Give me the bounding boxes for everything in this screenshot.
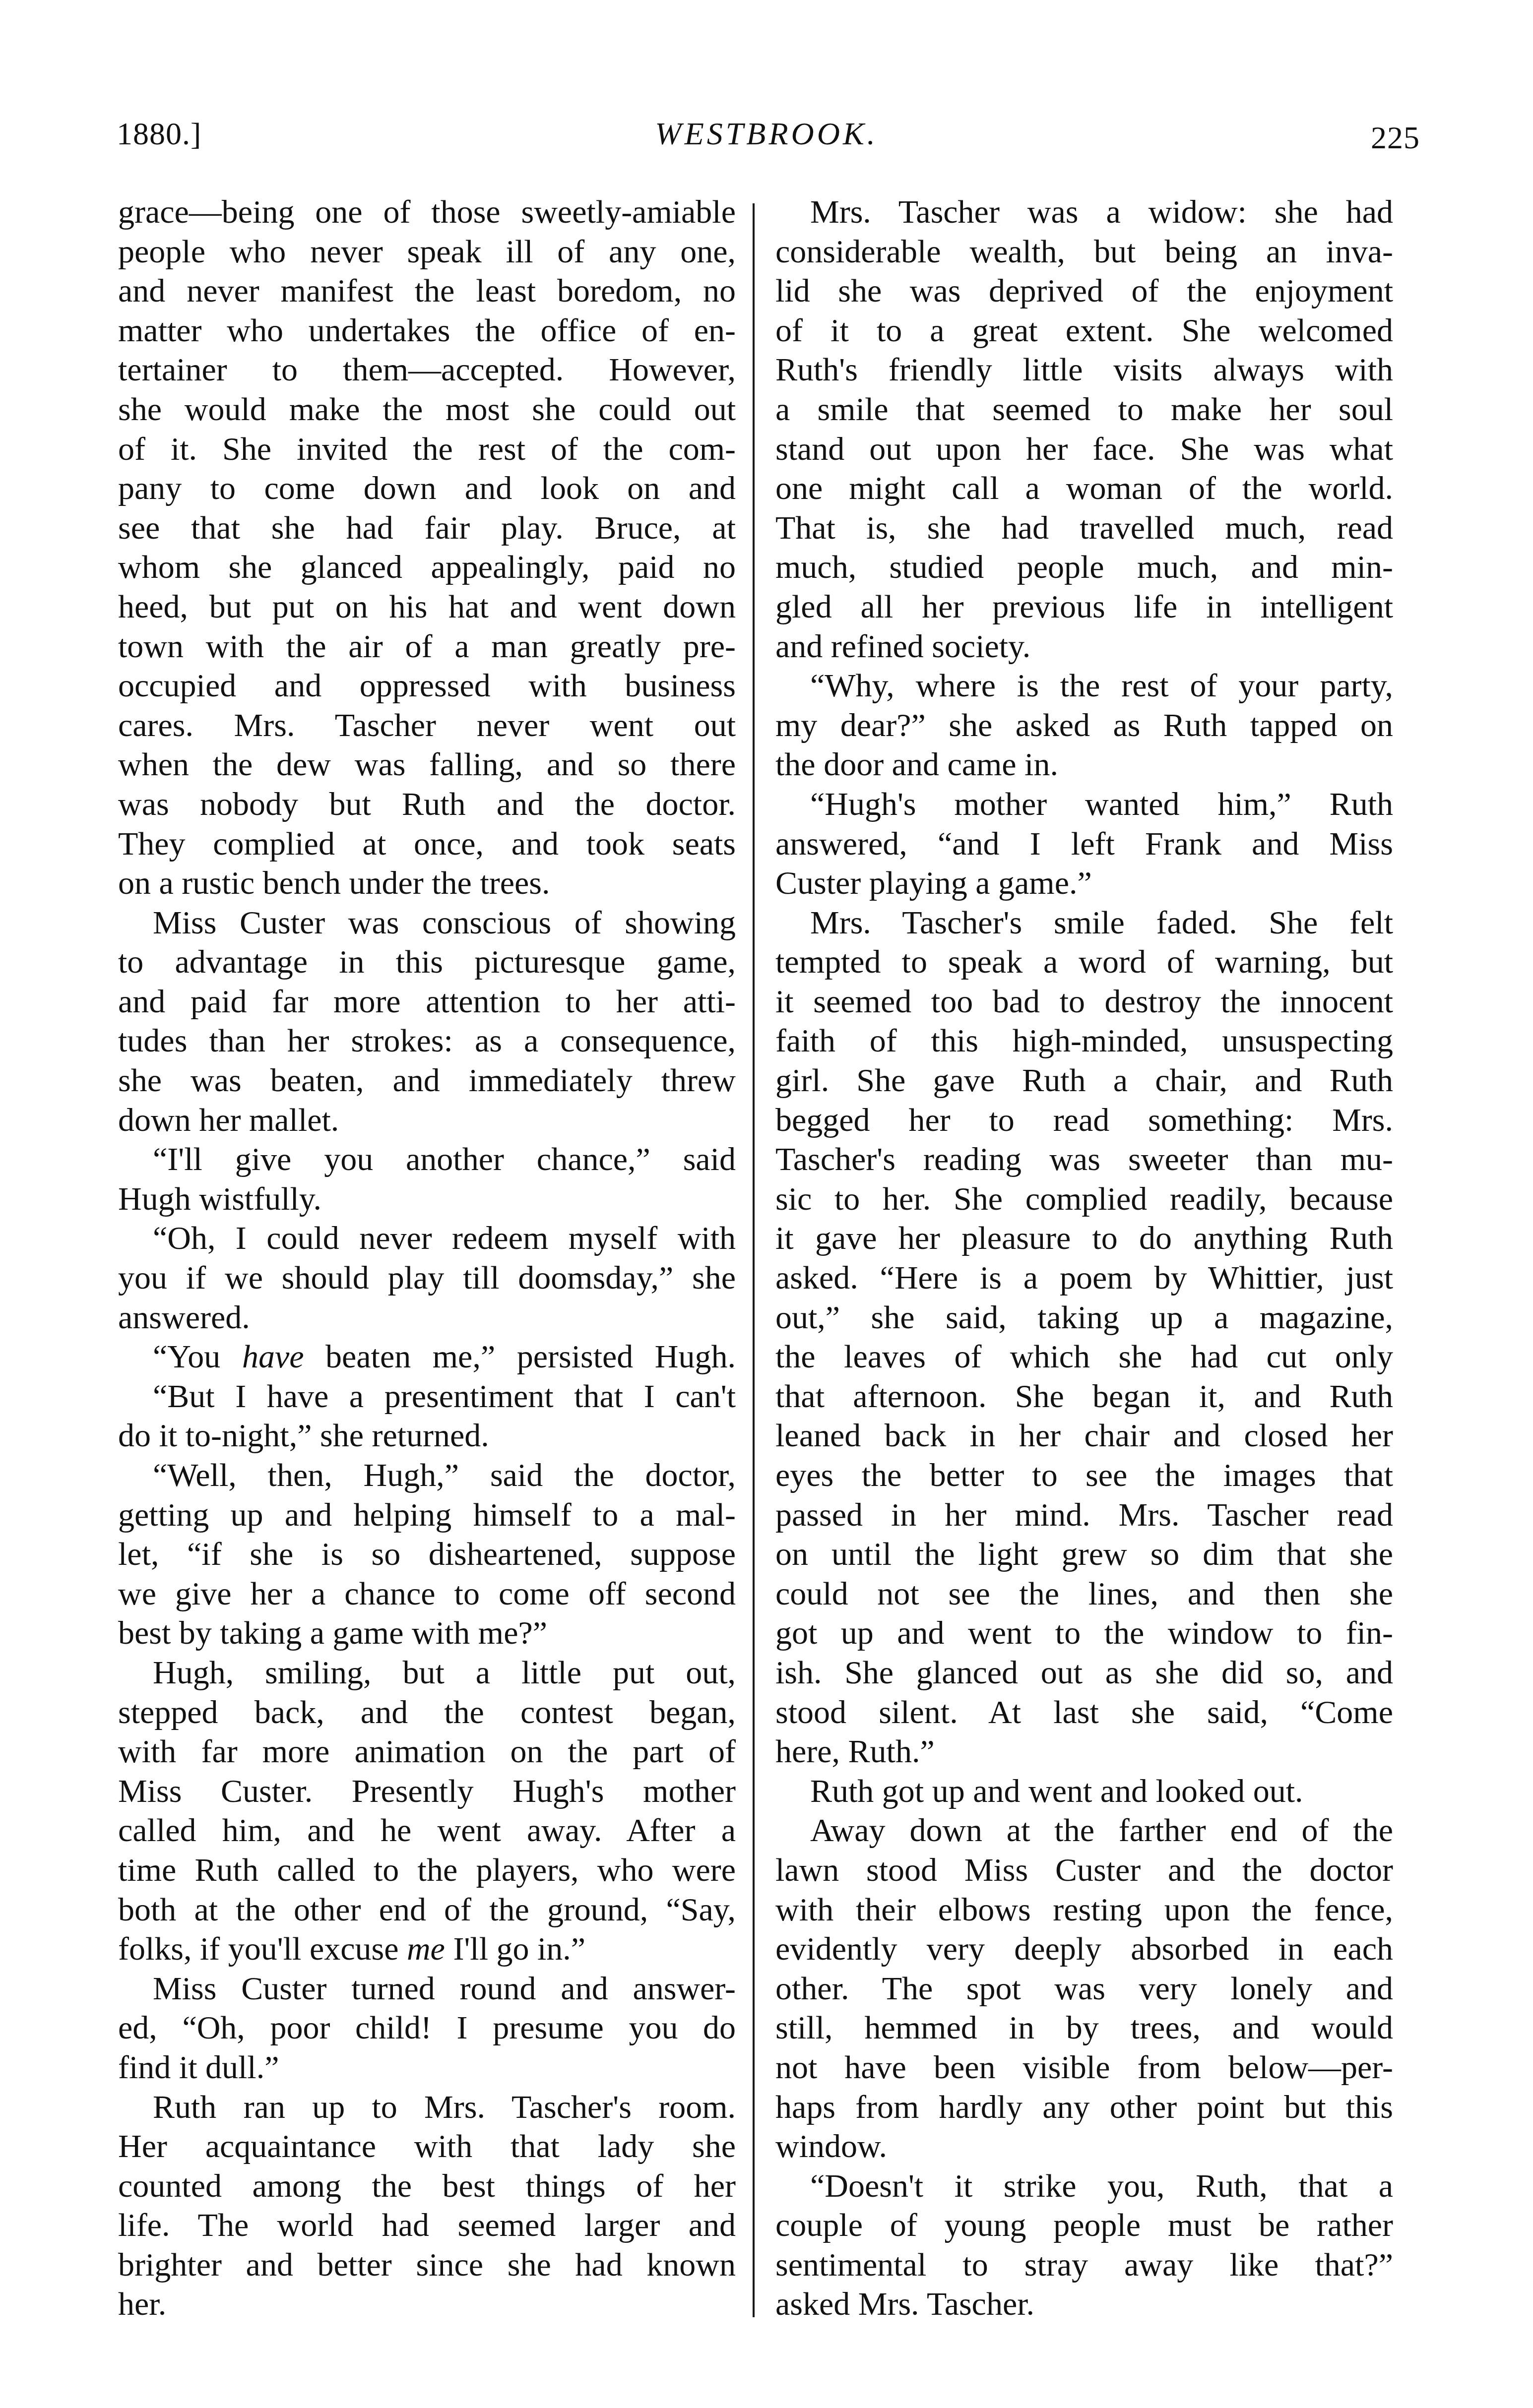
text-line: time Ruth called to the players, who wer… bbox=[118, 1851, 736, 1890]
text-line: called him, and he went away. After a bbox=[118, 1811, 736, 1851]
text-line: on until the light grew so dim that she bbox=[775, 1535, 1393, 1574]
text-line: a smile that seemed to make her soul bbox=[775, 390, 1393, 430]
text-line: girl. She gave Ruth a chair, and Ruth bbox=[775, 1061, 1393, 1101]
right-column: Mrs. Tascher was a widow: she hadconside… bbox=[775, 192, 1393, 2324]
text-line: her. bbox=[118, 2285, 736, 2324]
text-line: tertainer to them—accepted. However, bbox=[118, 350, 736, 390]
text-line: answered. bbox=[118, 1298, 736, 1338]
text-line: “I'll give you another chance,” said bbox=[118, 1140, 736, 1179]
text-line: pany to come down and look on and bbox=[118, 469, 736, 508]
text-line: ed, “Oh, poor child! I presume you do bbox=[118, 2008, 736, 2048]
text-line: window. bbox=[775, 2127, 1393, 2166]
text-line: That is, she had travelled much, read bbox=[775, 508, 1393, 548]
column-divider bbox=[753, 203, 755, 2317]
text-line: Miss Custer was conscious of showing bbox=[118, 903, 736, 943]
text-line: tudes than her strokes: as a consequence… bbox=[118, 1021, 736, 1061]
text-line: she would make the most she could out bbox=[118, 390, 736, 430]
text-line: could not see the lines, and then she bbox=[775, 1574, 1393, 1614]
text-line: and paid far more attention to her atti- bbox=[118, 982, 736, 1022]
text-line: best by taking a game with me?” bbox=[118, 1613, 736, 1653]
text-line: lid she was deprived of the enjoyment bbox=[775, 271, 1393, 311]
text-line: whom she glanced appealingly, paid no bbox=[118, 548, 736, 587]
text-line: it seemed too bad to destroy the innocen… bbox=[775, 982, 1393, 1022]
text-line: with far more animation on the part of bbox=[118, 1732, 736, 1772]
left-column: grace—being one of those sweetly-amiable… bbox=[118, 192, 736, 2324]
text-line: my dear?” she asked as Ruth tapped on bbox=[775, 706, 1393, 745]
text-line: stepped back, and the contest began, bbox=[118, 1693, 736, 1732]
text-line: getting up and helping himself to a mal- bbox=[118, 1495, 736, 1535]
text-line: the door and came in. bbox=[775, 745, 1393, 785]
text-line: asked Mrs. Tascher. bbox=[775, 2285, 1393, 2324]
text-line: Custer playing a game.” bbox=[775, 864, 1393, 903]
text-line: on a rustic bench under the trees. bbox=[118, 864, 736, 903]
text-line: matter who undertakes the office of en- bbox=[118, 311, 736, 351]
text-line: here, Ruth.” bbox=[775, 1732, 1393, 1772]
text-line: one might call a woman of the world. bbox=[775, 469, 1393, 508]
text-line: was nobody but Ruth and the doctor. bbox=[118, 785, 736, 824]
text-line: life. The world had seemed larger and bbox=[118, 2206, 736, 2245]
text-line: occupied and oppressed with business bbox=[118, 666, 736, 706]
text-line: and never manifest the least boredom, no bbox=[118, 271, 736, 311]
text-line: couple of young people must be rather bbox=[775, 2206, 1393, 2245]
text-line: “Hugh's mother wanted him,” Ruth bbox=[775, 785, 1393, 824]
text-line: not have been visible from below—per- bbox=[775, 2048, 1393, 2088]
text-line: haps from hardly any other point but thi… bbox=[775, 2088, 1393, 2127]
text-line: stood silent. At last she said, “Come bbox=[775, 1693, 1393, 1732]
text-line: “Why, where is the rest of your party, bbox=[775, 666, 1393, 706]
text-line: down her mallet. bbox=[118, 1101, 736, 1140]
text-line: “But I have a presentiment that I can't bbox=[118, 1377, 736, 1417]
running-head-title: WESTBROOK. bbox=[0, 116, 1533, 152]
text-line: “Doesn't it strike you, Ruth, that a bbox=[775, 2166, 1393, 2206]
text-line: grace—being one of those sweetly-amiable bbox=[118, 192, 736, 232]
text-line: leaned back in her chair and closed her bbox=[775, 1416, 1393, 1456]
text-line: that afternoon. She began it, and Ruth bbox=[775, 1377, 1393, 1417]
text-line: other. The spot was very lonely and bbox=[775, 1969, 1393, 2009]
text-line: Away down at the farther end of the bbox=[775, 1811, 1393, 1851]
text-line: faith of this high-minded, unsuspecting bbox=[775, 1021, 1393, 1061]
running-head: 1880.] WESTBROOK. 225 bbox=[0, 107, 1533, 161]
text-line: with their elbows resting upon the fence… bbox=[775, 1890, 1393, 1930]
text-line: Ruth's friendly little visits always wit… bbox=[775, 350, 1393, 390]
text-line: counted among the best things of her bbox=[118, 2166, 736, 2206]
text-line: got up and went to the window to fin- bbox=[775, 1613, 1393, 1653]
text-line: see that she had fair play. Bruce, at bbox=[118, 508, 736, 548]
text-line: “Oh, I could never redeem myself with bbox=[118, 1219, 736, 1258]
text-line: cares. Mrs. Tascher never went out bbox=[118, 706, 736, 745]
text-line: Ruth ran up to Mrs. Tascher's room. bbox=[118, 2088, 736, 2127]
text-line: folks, if you'll excuse me I'll go in.” bbox=[118, 1929, 736, 1969]
text-line: asked. “Here is a poem by Whittier, just bbox=[775, 1258, 1393, 1298]
text-line: Ruth got up and went and looked out. bbox=[775, 1772, 1393, 1811]
text-line: answered, “and I left Frank and Miss bbox=[775, 824, 1393, 864]
text-line: Miss Custer. Presently Hugh's mother bbox=[118, 1772, 736, 1811]
text-line: tempted to speak a word of warning, but bbox=[775, 942, 1393, 982]
text-line: Miss Custer turned round and answer- bbox=[118, 1969, 736, 2009]
text-line: “You have beaten me,” persisted Hugh. bbox=[118, 1337, 736, 1377]
text-line: Tascher's reading was sweeter than mu- bbox=[775, 1140, 1393, 1179]
text-line: of it. She invited the rest of the com- bbox=[118, 430, 736, 469]
text-line: lawn stood Miss Custer and the doctor bbox=[775, 1851, 1393, 1890]
text-line: sic to her. She complied readily, becaus… bbox=[775, 1179, 1393, 1219]
text-line: and refined society. bbox=[775, 627, 1393, 667]
text-line: brighter and better since she had known bbox=[118, 2245, 736, 2285]
text-line: Hugh wistfully. bbox=[118, 1179, 736, 1219]
text-line: eyes the better to see the images that bbox=[775, 1456, 1393, 1495]
text-line: people who never speak ill of any one, bbox=[118, 232, 736, 272]
text-line: passed in her mind. Mrs. Tascher read bbox=[775, 1495, 1393, 1535]
text-line: let, “if she is so disheartened, suppose bbox=[118, 1535, 736, 1574]
text-line: Mrs. Tascher's smile faded. She felt bbox=[775, 903, 1393, 943]
text-line: of it to a great extent. She welcomed bbox=[775, 311, 1393, 351]
text-line: “Well, then, Hugh,” said the doctor, bbox=[118, 1456, 736, 1495]
text-line: stand out upon her face. She was what bbox=[775, 430, 1393, 469]
text-line: out,” she said, taking up a magazine, bbox=[775, 1298, 1393, 1338]
text-line: still, hemmed in by trees, and would bbox=[775, 2008, 1393, 2048]
text-line: to advantage in this picturesque game, bbox=[118, 942, 736, 982]
text-line: considerable wealth, but being an inva- bbox=[775, 232, 1393, 272]
page-number: 225 bbox=[1371, 120, 1420, 156]
text-line: both at the other end of the ground, “Sa… bbox=[118, 1890, 736, 1930]
text-line: Her acquaintance with that lady she bbox=[118, 2127, 736, 2166]
text-line: Hugh, smiling, but a little put out, bbox=[118, 1653, 736, 1693]
text-line: do it to-night,” she returned. bbox=[118, 1416, 736, 1456]
text-line: They complied at once, and took seats bbox=[118, 824, 736, 864]
text-line: begged her to read something: Mrs. bbox=[775, 1101, 1393, 1140]
text-line: gled all her previous life in intelligen… bbox=[775, 587, 1393, 627]
text-line: Mrs. Tascher was a widow: she had bbox=[775, 192, 1393, 232]
text-line: the leaves of which she had cut only bbox=[775, 1337, 1393, 1377]
text-line: evidently very deeply absorbed in each bbox=[775, 1929, 1393, 1969]
text-line: you if we should play till doomsday,” sh… bbox=[118, 1258, 736, 1298]
emphasis: have bbox=[242, 1339, 304, 1375]
text-line: heed, but put on his hat and went down bbox=[118, 587, 736, 627]
text-line: sentimental to stray away like that?” bbox=[775, 2245, 1393, 2285]
text-line: she was beaten, and immediately threw bbox=[118, 1061, 736, 1101]
text-line: it gave her pleasure to do anything Ruth bbox=[775, 1219, 1393, 1258]
text-line: we give her a chance to come off second bbox=[118, 1574, 736, 1614]
text-line: when the dew was falling, and so there bbox=[118, 745, 736, 785]
text-line: find it dull.” bbox=[118, 2048, 736, 2088]
text-line: ish. She glanced out as she did so, and bbox=[775, 1653, 1393, 1693]
text-line: town with the air of a man greatly pre- bbox=[118, 627, 736, 667]
text-line: much, studied people much, and min- bbox=[775, 548, 1393, 587]
emphasis: me bbox=[407, 1931, 445, 1967]
